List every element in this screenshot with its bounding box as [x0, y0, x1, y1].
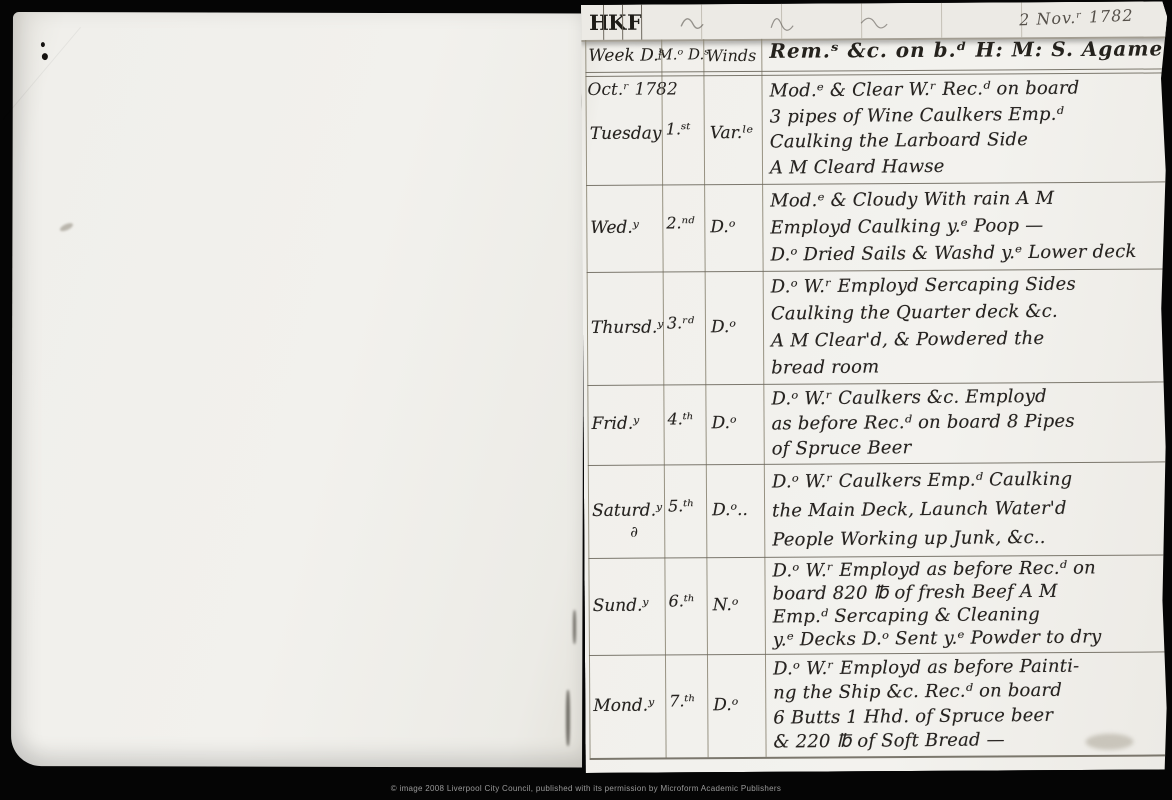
mo-day-cell: 3.ʳᵈ: [667, 313, 694, 332]
remark-line: ng the Ship &c. Rec.ᵈ on board: [773, 681, 1167, 703]
remarks-cell: D.ᵒ W.ʳ Caulkers Emp.ᵈ Caulkingthe Main …: [772, 464, 1167, 553]
column-rule: [622, 5, 623, 40]
log-row: Sund.ʸ6.ᵗʰN.ᵒD.ᵒ W.ʳ Employd as before R…: [584, 554, 1171, 655]
remark-line: D.ᵒ W.ʳ Employd as before Rec.ᵈ on: [772, 559, 1166, 581]
remark-line: D.ᵒ W.ʳ Employd as before Painti-: [773, 657, 1167, 679]
remark-line: the Main Deck, Launch Water'd: [772, 498, 1166, 520]
week-day-cell: Mond.ʸ: [593, 696, 654, 716]
log-row: Frid.ʸ4.ᵗʰD.ᵒD.ᵒ W.ʳ Caulkers &c. Employ…: [583, 381, 1169, 465]
torn-paper-streak: [566, 690, 570, 746]
week-day-cell: Saturd.ʸ: [592, 501, 662, 521]
day-symbol: ∂: [630, 523, 638, 541]
date-note: 2 Nov.ʳ 1782: [1018, 6, 1133, 30]
remark-line: Mod.ᵉ & Clear W.ʳ Rec.ᵈ on board: [769, 79, 1163, 101]
remark-line: of Spruce Beer: [772, 436, 1166, 458]
remarks-cell: D.ᵒ W.ʳ Caulkers &c. Employdas before Re…: [771, 384, 1165, 460]
remark-line: as before Rec.ᵈ on board 8 Pipes: [771, 412, 1165, 434]
remark-line: 6 Butts 1 Hhd. of Spruce beer: [773, 705, 1167, 727]
log-page: HKF 2 Nov.ʳ 1782 Week D.ˢ M.ᵒ D.ˢ Winds …: [581, 1, 1172, 773]
week-day-cell: Thursd.ʸ: [591, 318, 664, 338]
month-label: Oct.ʳ 1782: [587, 79, 677, 100]
remark-line: A M Clear'd, & Powdered the: [771, 329, 1165, 351]
mo-day-cell: 4.ᵗʰ: [667, 409, 693, 428]
wind-cell: Var.ˡᵉ: [710, 123, 753, 143]
log-row: Oct.ʳ 1782Tuesday1.ˢᵗVar.ˡᵉMod.ᵉ & Clear…: [581, 72, 1168, 185]
log-row: Thursd.ʸ3.ʳᵈD.ᵒD.ᵒ W.ʳ Employd Sercaping…: [583, 268, 1170, 385]
log-row: Wed.ʸ2.ⁿᵈD.ᵒMod.ᵉ & Cloudy With rain A M…: [582, 181, 1169, 272]
mo-day-cell: 6.ᵗʰ: [669, 591, 695, 610]
remarks-cell: D.ᵒ W.ʳ Employd as before Rec.ᵈ onboard …: [772, 557, 1167, 650]
remarks-cell: Mod.ᵉ & Clear W.ʳ Rec.ᵈ on board3 pipes …: [769, 75, 1164, 180]
week-day-cell: Frid.ʸ: [591, 414, 639, 434]
mo-day-cell: 2.ⁿᵈ: [666, 213, 694, 232]
week-day-cell: Wed.ʸ: [590, 218, 639, 238]
header-week-days: Week D.ˢ: [588, 45, 664, 65]
remark-line: Mod.ᵉ & Cloudy With rain A M: [770, 188, 1164, 210]
column-rule: [603, 5, 604, 40]
remarks-cell: D.ᵒ W.ʳ Employd Sercaping SidesCaulking …: [771, 271, 1166, 380]
remark-line: Employd Caulking y.ᵉ Poop —: [770, 215, 1164, 237]
ink-speck: [41, 42, 45, 47]
scanned-logbook-spread: HKF 2 Nov.ʳ 1782 Week D.ˢ M.ᵒ D.ˢ Winds …: [0, 0, 1172, 800]
remark-line: Emp.ᵈ Sercaping & Cleaning: [773, 605, 1167, 627]
wind-cell: D.ᵒ..: [712, 500, 748, 520]
wind-cell: N.ᵒ: [713, 595, 739, 615]
ink-speck: [42, 53, 48, 60]
column-rule: [641, 5, 642, 40]
header-winds: Winds: [706, 46, 756, 65]
remark-line: People Working up Junk, &c..: [772, 527, 1166, 549]
remark-line: D.ᵒ W.ʳ Caulkers &c. Employd: [771, 387, 1165, 409]
wind-cell: D.ᵒ: [711, 413, 736, 433]
remark-line: D.ᵒ W.ʳ Employd Sercaping Sides: [771, 275, 1165, 297]
week-day-cell: Tuesday: [590, 124, 662, 144]
mo-day-cell: 7.ᵗʰ: [669, 691, 695, 710]
remark-line: 3 pipes of Wine Caulkers Emp.ᵈ: [770, 104, 1164, 126]
header-remarks: Rem.ˢ &c. on b.ᵈ H: M: S. Agamemn̄: [769, 36, 1172, 63]
column-letter: H: [589, 10, 609, 35]
log-row: Saturd.ʸ5.ᵗʰD.ᵒ..∂D.ᵒ W.ʳ Caulkers Emp.ᵈ…: [584, 461, 1171, 558]
log-row: Mond.ʸ7.ᵗʰD.ᵒD.ᵒ W.ʳ Employd as before P…: [585, 651, 1172, 758]
remark-line: Caulking the Quarter deck &c.: [771, 302, 1165, 324]
wind-cell: D.ᵒ: [710, 217, 735, 237]
remark-line: D.ᵒ W.ʳ Caulkers Emp.ᵈ Caulking: [772, 469, 1166, 491]
column-letter: K: [608, 10, 626, 35]
remark-line: Caulking the Larboard Side: [770, 130, 1164, 152]
paper-smudge: [59, 221, 74, 232]
column-letter: F: [627, 10, 642, 35]
remark-line: A M Cleard Hawse: [770, 156, 1164, 178]
remark-line: board 820 ℔ of fresh Beef A M: [773, 582, 1167, 604]
header-mo-days: M.ᵒ D.ˢ: [657, 45, 709, 63]
left-blank-page: [11, 12, 584, 767]
wind-cell: D.ᵒ: [711, 317, 736, 337]
torn-paper-streak: [573, 610, 576, 644]
previous-page-edge: HKF 2 Nov.ʳ 1782: [581, 1, 1167, 42]
remark-line: y.ᵉ Decks D.ᵒ Sent y.ᵉ Powder to dry: [773, 627, 1167, 649]
remark-line: D.ᵒ Dried Sails & Washd y.ᵉ Lower deck: [770, 242, 1164, 264]
copyright-caption: © image 2008 Liverpool City Council, pub…: [0, 784, 1172, 793]
wind-cell: D.ᵒ: [713, 695, 738, 715]
remark-line: bread room: [771, 355, 1165, 377]
week-day-cell: Sund.ʸ: [593, 596, 649, 616]
remarks-cell: Mod.ᵉ & Cloudy With rain A MEmployd Caul…: [770, 184, 1164, 267]
mo-day-cell: 1.ˢᵗ: [666, 119, 691, 138]
mo-day-cell: 5.ᵗʰ: [668, 496, 694, 515]
